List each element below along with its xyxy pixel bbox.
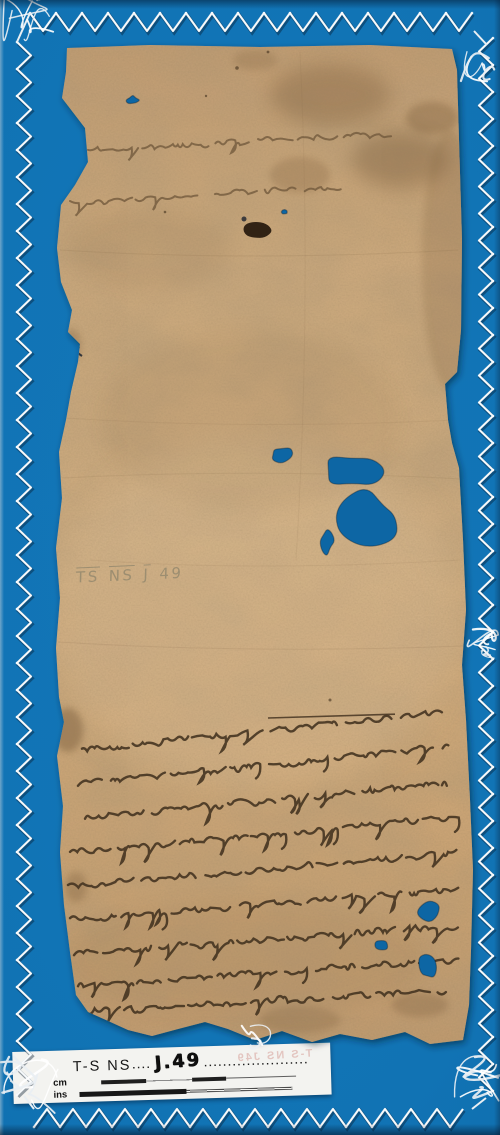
stitch-corner	[474, 31, 487, 45]
photograph-scene	[0, 0, 500, 1135]
pencil-word: TS	[76, 567, 100, 586]
hole	[328, 457, 384, 484]
genizah-fragment-photograph: T-S NS .... J.49 ...................... …	[0, 0, 500, 1135]
pencil-word: NS	[108, 566, 134, 585]
stitch-corner	[472, 1098, 486, 1109]
pencil-word: 49	[159, 564, 184, 583]
pencil-word: J	[143, 565, 150, 583]
hole	[281, 210, 287, 214]
hole	[375, 941, 388, 950]
thread-tangle	[3, 0, 53, 41]
ink-dot	[242, 217, 247, 222]
manuscript-fragment	[45, 38, 480, 1053]
hole	[419, 955, 437, 977]
thread-tangle	[461, 52, 494, 82]
